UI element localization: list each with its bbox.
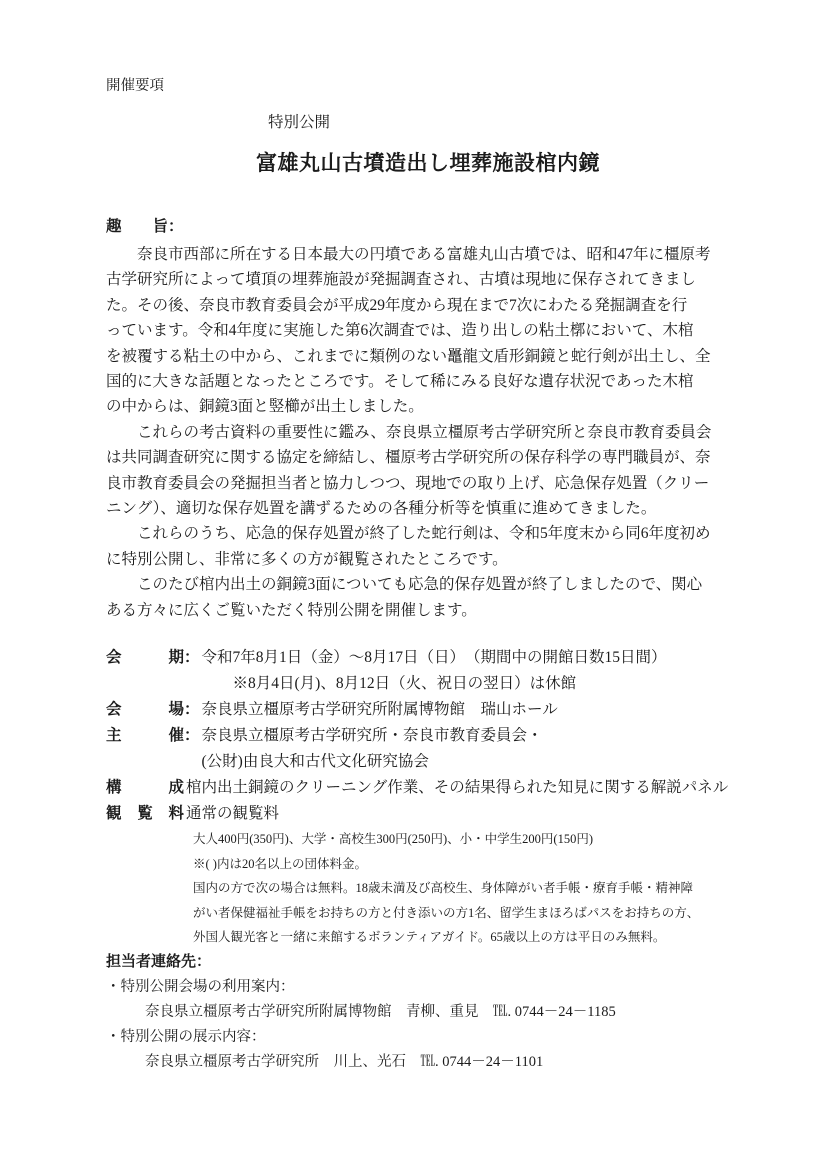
paragraph-line: 奈良市西部に所在する日本最大の円墳である富雄丸山古墳では、昭和47年に橿原考 [106, 242, 730, 267]
detail-line: ※8月4日(月)、8月12日（火、祝日の翌日）は休館 [202, 671, 667, 697]
overview-paragraph: これらのうち、応急的保存処置が終了した蛇行剣は、令和5年度末から同6年度初め に… [106, 521, 730, 572]
paragraph-line: 良市教育委員会の発掘担当者と協力しつつ、現地での取り上げ、応急保存処置（クリー [106, 471, 730, 496]
overview-paragraph: このたび棺内出土の銅鏡3面についても応急的保存処置が終了しましたので、関心 ある… [106, 572, 730, 623]
document-page: 開催要項 特別公開 富雄丸山古墳造出し埋葬施設棺内鏡 趣旨： 奈良市西部に所在す… [0, 0, 826, 1169]
paragraph-line: ニング）、適切な保存処置を講ずるための各種分析等を慎重に進めてきました。 [106, 496, 730, 521]
detail-content: 通常の観覧料 [186, 801, 279, 827]
detail-label: 観覧料 [106, 801, 184, 827]
detail-label: 会期 [106, 645, 184, 671]
detail-row-composition: 構成 棺内出土銅鏡のクリーニング作業、その結果得られた知見に関する解説パネル [106, 775, 730, 801]
contact-section: 担当者連絡先： ・特別公開会場の利用案内： 奈良県立橿原考古学研究所附属博物館 … [106, 950, 730, 1075]
detail-line: 令和7年8月1日（金）～8月17日（日） （期間中の開館日数15日間） [202, 645, 667, 671]
contact-heading: 担当者連絡先： [106, 950, 730, 975]
paragraph-line: 国的に大きな話題となったところです。そして稀にみる良好な遺存状況であった木棺 [106, 369, 730, 394]
paragraph-line: このたび棺内出土の銅鏡3面についても応急的保存処置が終了しましたので、関心 [106, 572, 730, 597]
detail-colon: ： [184, 645, 200, 671]
overview-heading-label: 趣旨 [106, 214, 168, 240]
paragraph-line: これらの考古資料の重要性に鑑み、奈良県立橿原考古学研究所と奈良市教育委員会 [106, 420, 730, 445]
fee-note-line: 外国人観光客と一緒に来館するボランティアガイド。65歳以上の方は平日のみ無料。 [193, 925, 730, 950]
detail-line: 棺内出土銅鏡のクリーニング作業、その結果得られた知見に関する解説パネル [186, 775, 728, 801]
detail-colon: ： [184, 723, 200, 749]
detail-label: 会場 [106, 697, 184, 723]
overview-heading-colon: ： [168, 218, 184, 235]
fee-note-line: 国内の方で次の場合は無料。18歳未満及び高校生、身体障がい者手帳・療育手帳・精神… [193, 876, 730, 901]
detail-content: 令和7年8月1日（金）～8月17日（日） （期間中の開館日数15日間） ※8月4… [202, 645, 667, 697]
contact-item: ・特別公開会場の利用案内： 奈良県立橿原考古学研究所附属博物館 青柳、重見 ℡.… [106, 975, 730, 1025]
detail-content: 奈良県立橿原考古学研究所附属博物館 瑞山ホール [202, 697, 558, 723]
contact-item-detail: 奈良県立橿原考古学研究所 川上、光石 ℡. 0744－24－1101 [106, 1050, 730, 1075]
document-title: 富雄丸山古墳造出し埋葬施設棺内鏡 [106, 148, 730, 178]
event-details-section: 会期： 令和7年8月1日（金）～8月17日（日） （期間中の開館日数15日間） … [106, 645, 730, 827]
paragraph-line: これらのうち、応急的保存処置が終了した蛇行剣は、令和5年度末から同6年度初め [106, 521, 730, 546]
detail-row-dates: 会期： 令和7年8月1日（金）～8月17日（日） （期間中の開館日数15日間） … [106, 645, 730, 697]
detail-line: (公財)由良大和古代文化研究協会 [202, 749, 543, 775]
detail-content: 奈良県立橿原考古学研究所・奈良市教育委員会・ (公財)由良大和古代文化研究協会 [202, 723, 543, 775]
detail-row-organizers: 主催： 奈良県立橿原考古学研究所・奈良市教育委員会・ (公財)由良大和古代文化研… [106, 723, 730, 775]
overview-paragraph: これらの考古資料の重要性に鑑み、奈良県立橿原考古学研究所と奈良市教育委員会 は共… [106, 420, 730, 522]
admission-fees-notes: 大人400円(350円)、大学・高校生300円(250円)、小・中学生200円(… [106, 827, 730, 950]
paragraph-line: は共同調査研究に関する協定を締結し、橿原考古学研究所の保存科学の専門職員が、奈 [106, 445, 730, 470]
contact-item-detail: 奈良県立橿原考古学研究所附属博物館 青柳、重見 ℡. 0744－24－1185 [106, 1000, 730, 1025]
fee-note-line: ※( )内は20名以上の団体料金。 [193, 852, 730, 877]
detail-label: 主催 [106, 723, 184, 749]
paragraph-line: を被覆する粘土の中から、これまでに類例のない鼉龍文盾形銅鏡と蛇行剣が出土し、全 [106, 344, 730, 369]
exhibition-subtitle: 特別公開 [106, 113, 730, 133]
paragraph-line: 古学研究所によって墳頂の埋葬施設が発掘調査され、古墳は現地に保存されてきまし [106, 267, 730, 292]
paragraph-line: っています。令和4年度に実施した第6次調査では、造り出しの粘土槨において、木棺 [106, 318, 730, 343]
overview-paragraph: 奈良市西部に所在する日本最大の円墳である富雄丸山古墳では、昭和47年に橿原考 古… [106, 242, 730, 420]
paragraph-line: の中からは、銅鏡3面と竪櫛が出土しました。 [106, 394, 730, 419]
paragraph-line: に特別公開し、非常に多くの方が観覧されたところです。 [106, 547, 730, 572]
overview-heading: 趣旨： [106, 214, 730, 240]
contact-item: ・特別公開の展示内容： 奈良県立橿原考古学研究所 川上、光石 ℡. 0744－2… [106, 1025, 730, 1075]
detail-line: 奈良県立橿原考古学研究所附属博物館 瑞山ホール [202, 697, 558, 723]
contact-item-title: ・特別公開会場の利用案内： [106, 975, 730, 1000]
detail-line: 通常の観覧料 [186, 801, 279, 827]
detail-content: 棺内出土銅鏡のクリーニング作業、その結果得られた知見に関する解説パネル [186, 775, 728, 801]
detail-line: 奈良県立橿原考古学研究所・奈良市教育委員会・ [202, 723, 543, 749]
detail-label: 構成 [106, 775, 184, 801]
overview-body: 奈良市西部に所在する日本最大の円墳である富雄丸山古墳では、昭和47年に橿原考 古… [106, 242, 730, 623]
fee-note-line: がい者保健福祉手帳をお持ちの方と付き添いの方1名、留学生まほろばパスをお持ちの方… [193, 901, 730, 926]
doc-type-label: 開催要項 [106, 76, 730, 96]
fee-note-line: 大人400円(350円)、大学・高校生300円(250円)、小・中学生200円(… [193, 827, 730, 852]
detail-colon: ： [184, 697, 200, 723]
paragraph-line: ある方々に広くご覧いただく特別公開を開催します。 [106, 598, 730, 623]
paragraph-line: た。その後、奈良市教育委員会が平成29年度から現在まで7次にわたる発掘調査を行 [106, 293, 730, 318]
detail-row-venue: 会場： 奈良県立橿原考古学研究所附属博物館 瑞山ホール [106, 697, 730, 723]
detail-row-admission: 観覧料 通常の観覧料 [106, 801, 730, 827]
contact-item-title: ・特別公開の展示内容： [106, 1025, 730, 1050]
